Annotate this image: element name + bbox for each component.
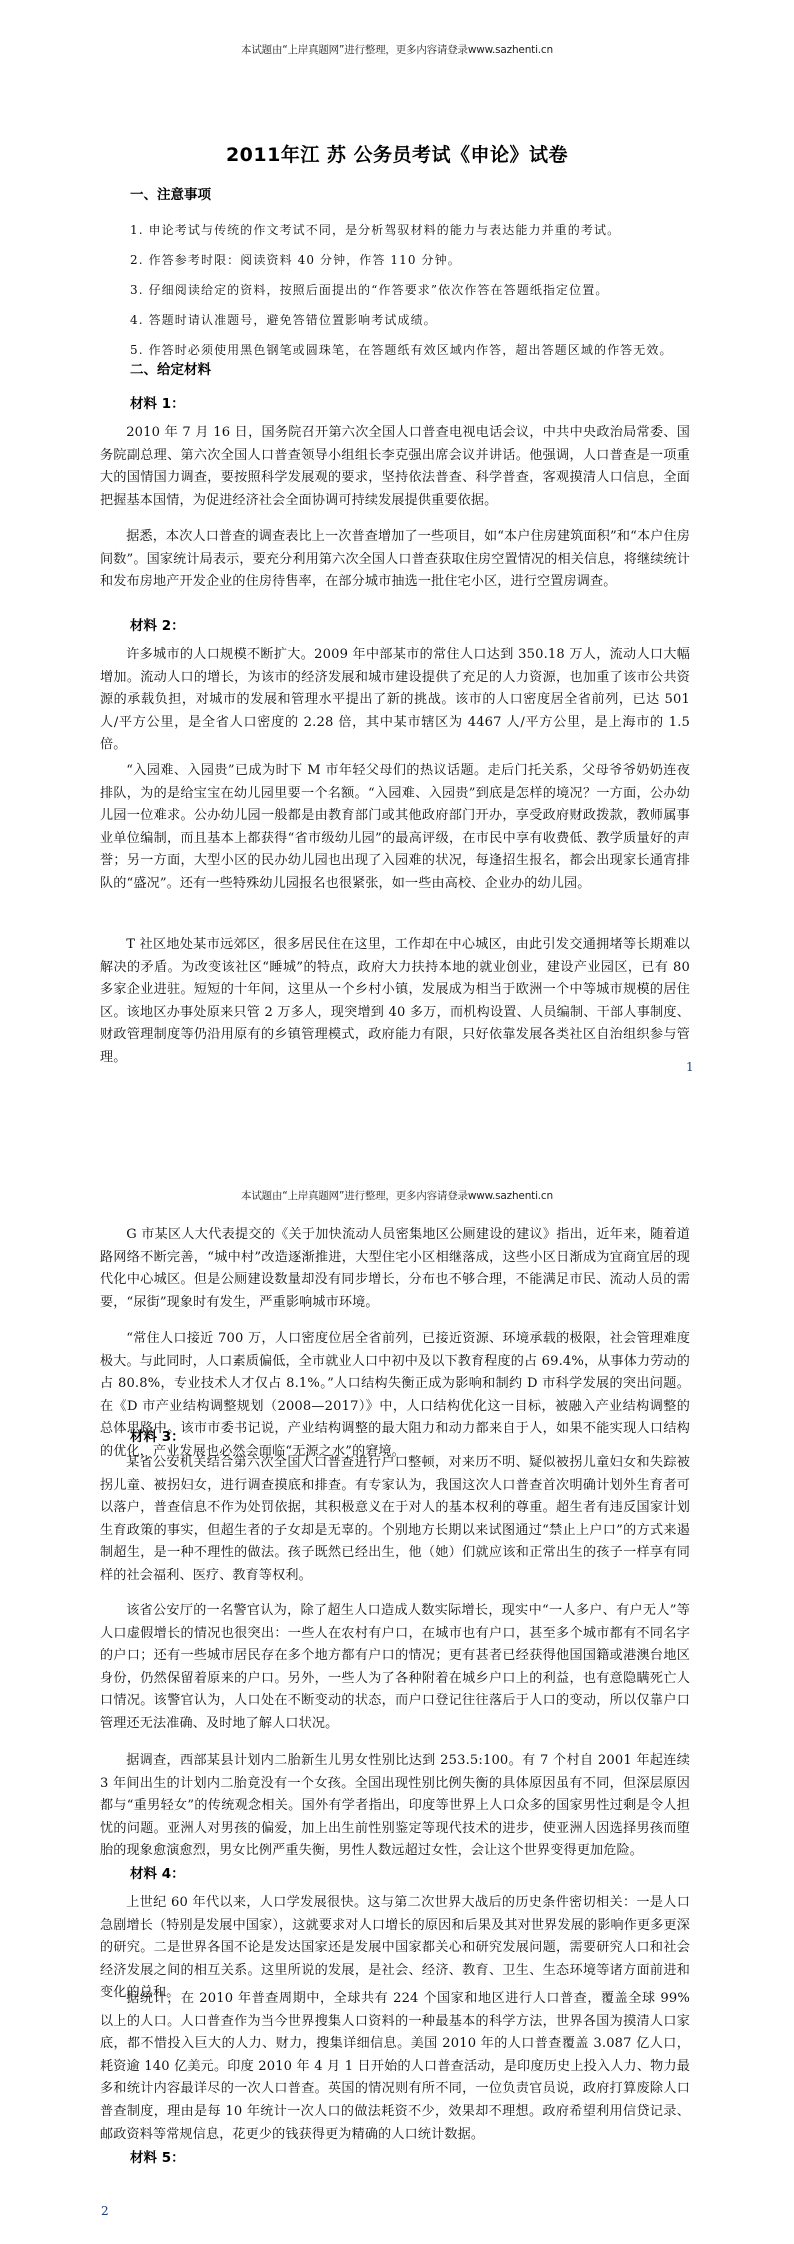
notice-item: 4. 答题时请认准题号，避免答错位置影响考试成绩。: [130, 305, 730, 335]
page-1: 本试题由“上岸真题网”进行整理，更多内容请登录www.sazhenti.cn 2…: [0, 0, 794, 1122]
material-2-paragraph: 许多城市的人口规模不断扩大。2009 年中部某市的常住人口达到 350.18 万…: [100, 644, 690, 757]
material-4-paragraph: 据统计，在 2010 年普查周期中，全球共有 224 个国家和地区进行人口普查，…: [100, 1988, 690, 2146]
notice-item: 3. 仔细阅读给定的资料，按照后面提出的“作答要求”依次作答在答题纸指定位置。: [130, 275, 730, 305]
section-heading-materials: 二、给定材料: [130, 358, 211, 378]
material-4-heading: 材料 4：: [130, 1862, 185, 1882]
material-3-paragraph: 某省公安机关结合第六次全国人口普查进行户口整顿，对来历不明、疑似被拐儿童妇女和失…: [100, 1452, 690, 1588]
material-5-heading: 材料 5：: [130, 2146, 185, 2166]
notice-item: 5. 作答时必须使用黑色钢笔或圆珠笔，在答题纸有效区域内作答，超出答题区域的作答…: [130, 335, 730, 365]
page-number: 2: [101, 2204, 109, 2218]
material-2-paragraph: “常住人口接近 700 万，人口密度位居全省前列，已接近资源、环境承载的极限，社…: [100, 1328, 690, 1464]
material-1-heading: 材料 1：: [130, 392, 185, 412]
page-number: 1: [686, 1060, 694, 1074]
material-2-heading: 材料 2：: [130, 614, 185, 634]
material-3-paragraph: 据调查，西部某县计划内二胎新生儿男女性别比达到 253.5:100。有 7 个村…: [100, 1750, 690, 1863]
material-1-paragraph: 据悉，本次人口普查的调查表比上一次普查增加了一些项目，如“本户住房建筑面积”和“…: [100, 526, 690, 594]
section-heading-notice: 一、注意事项: [130, 183, 211, 203]
page-2: 本试题由“上岸真题网”进行整理，更多内容请登录www.sazhenti.cn G…: [0, 1122, 794, 2244]
watermark-header: 本试题由“上岸真题网”进行整理，更多内容请登录www.sazhenti.cn: [0, 42, 794, 57]
material-1-paragraph: 2010 年 7 月 16 日，国务院召开第六次全国人口普查电视电话会议，中共中…: [100, 422, 690, 512]
material-2-paragraph: T 社区地处某市远郊区，很多居民住在这里，工作却在中心城区，由此引发交通拥堵等长…: [100, 934, 690, 1070]
material-3-paragraph: 该省公安厅的一名警官认为，除了超生人口造成人数实际增长，现实中“一人多户、有户无…: [100, 1600, 690, 1736]
notice-item: 1. 申论考试与传统的作文考试不同，是分析驾驭材料的能力与表达能力并重的考试。: [130, 215, 730, 245]
notice-list: 1. 申论考试与传统的作文考试不同，是分析驾驭材料的能力与表达能力并重的考试。 …: [130, 215, 730, 365]
watermark-header: 本试题由“上岸真题网”进行整理，更多内容请登录www.sazhenti.cn: [0, 1188, 794, 1203]
material-2-paragraph: “入园难、入园贵”已成为时下 M 市年轻父母们的热议话题。走后门托关系，父母爷爷…: [100, 760, 690, 896]
notice-item: 2. 作答参考时限：阅读资料 40 分钟，作答 110 分钟。: [130, 245, 730, 275]
document-title: 2011年江 苏 公务员考试《申论》试卷: [0, 140, 794, 167]
material-3-heading: 材料 3：: [130, 1425, 185, 1445]
material-2-paragraph: G 市某区人大代表提交的《关于加快流动人员密集地区公厕建设的建议》指出，近年来，…: [100, 1224, 690, 1314]
